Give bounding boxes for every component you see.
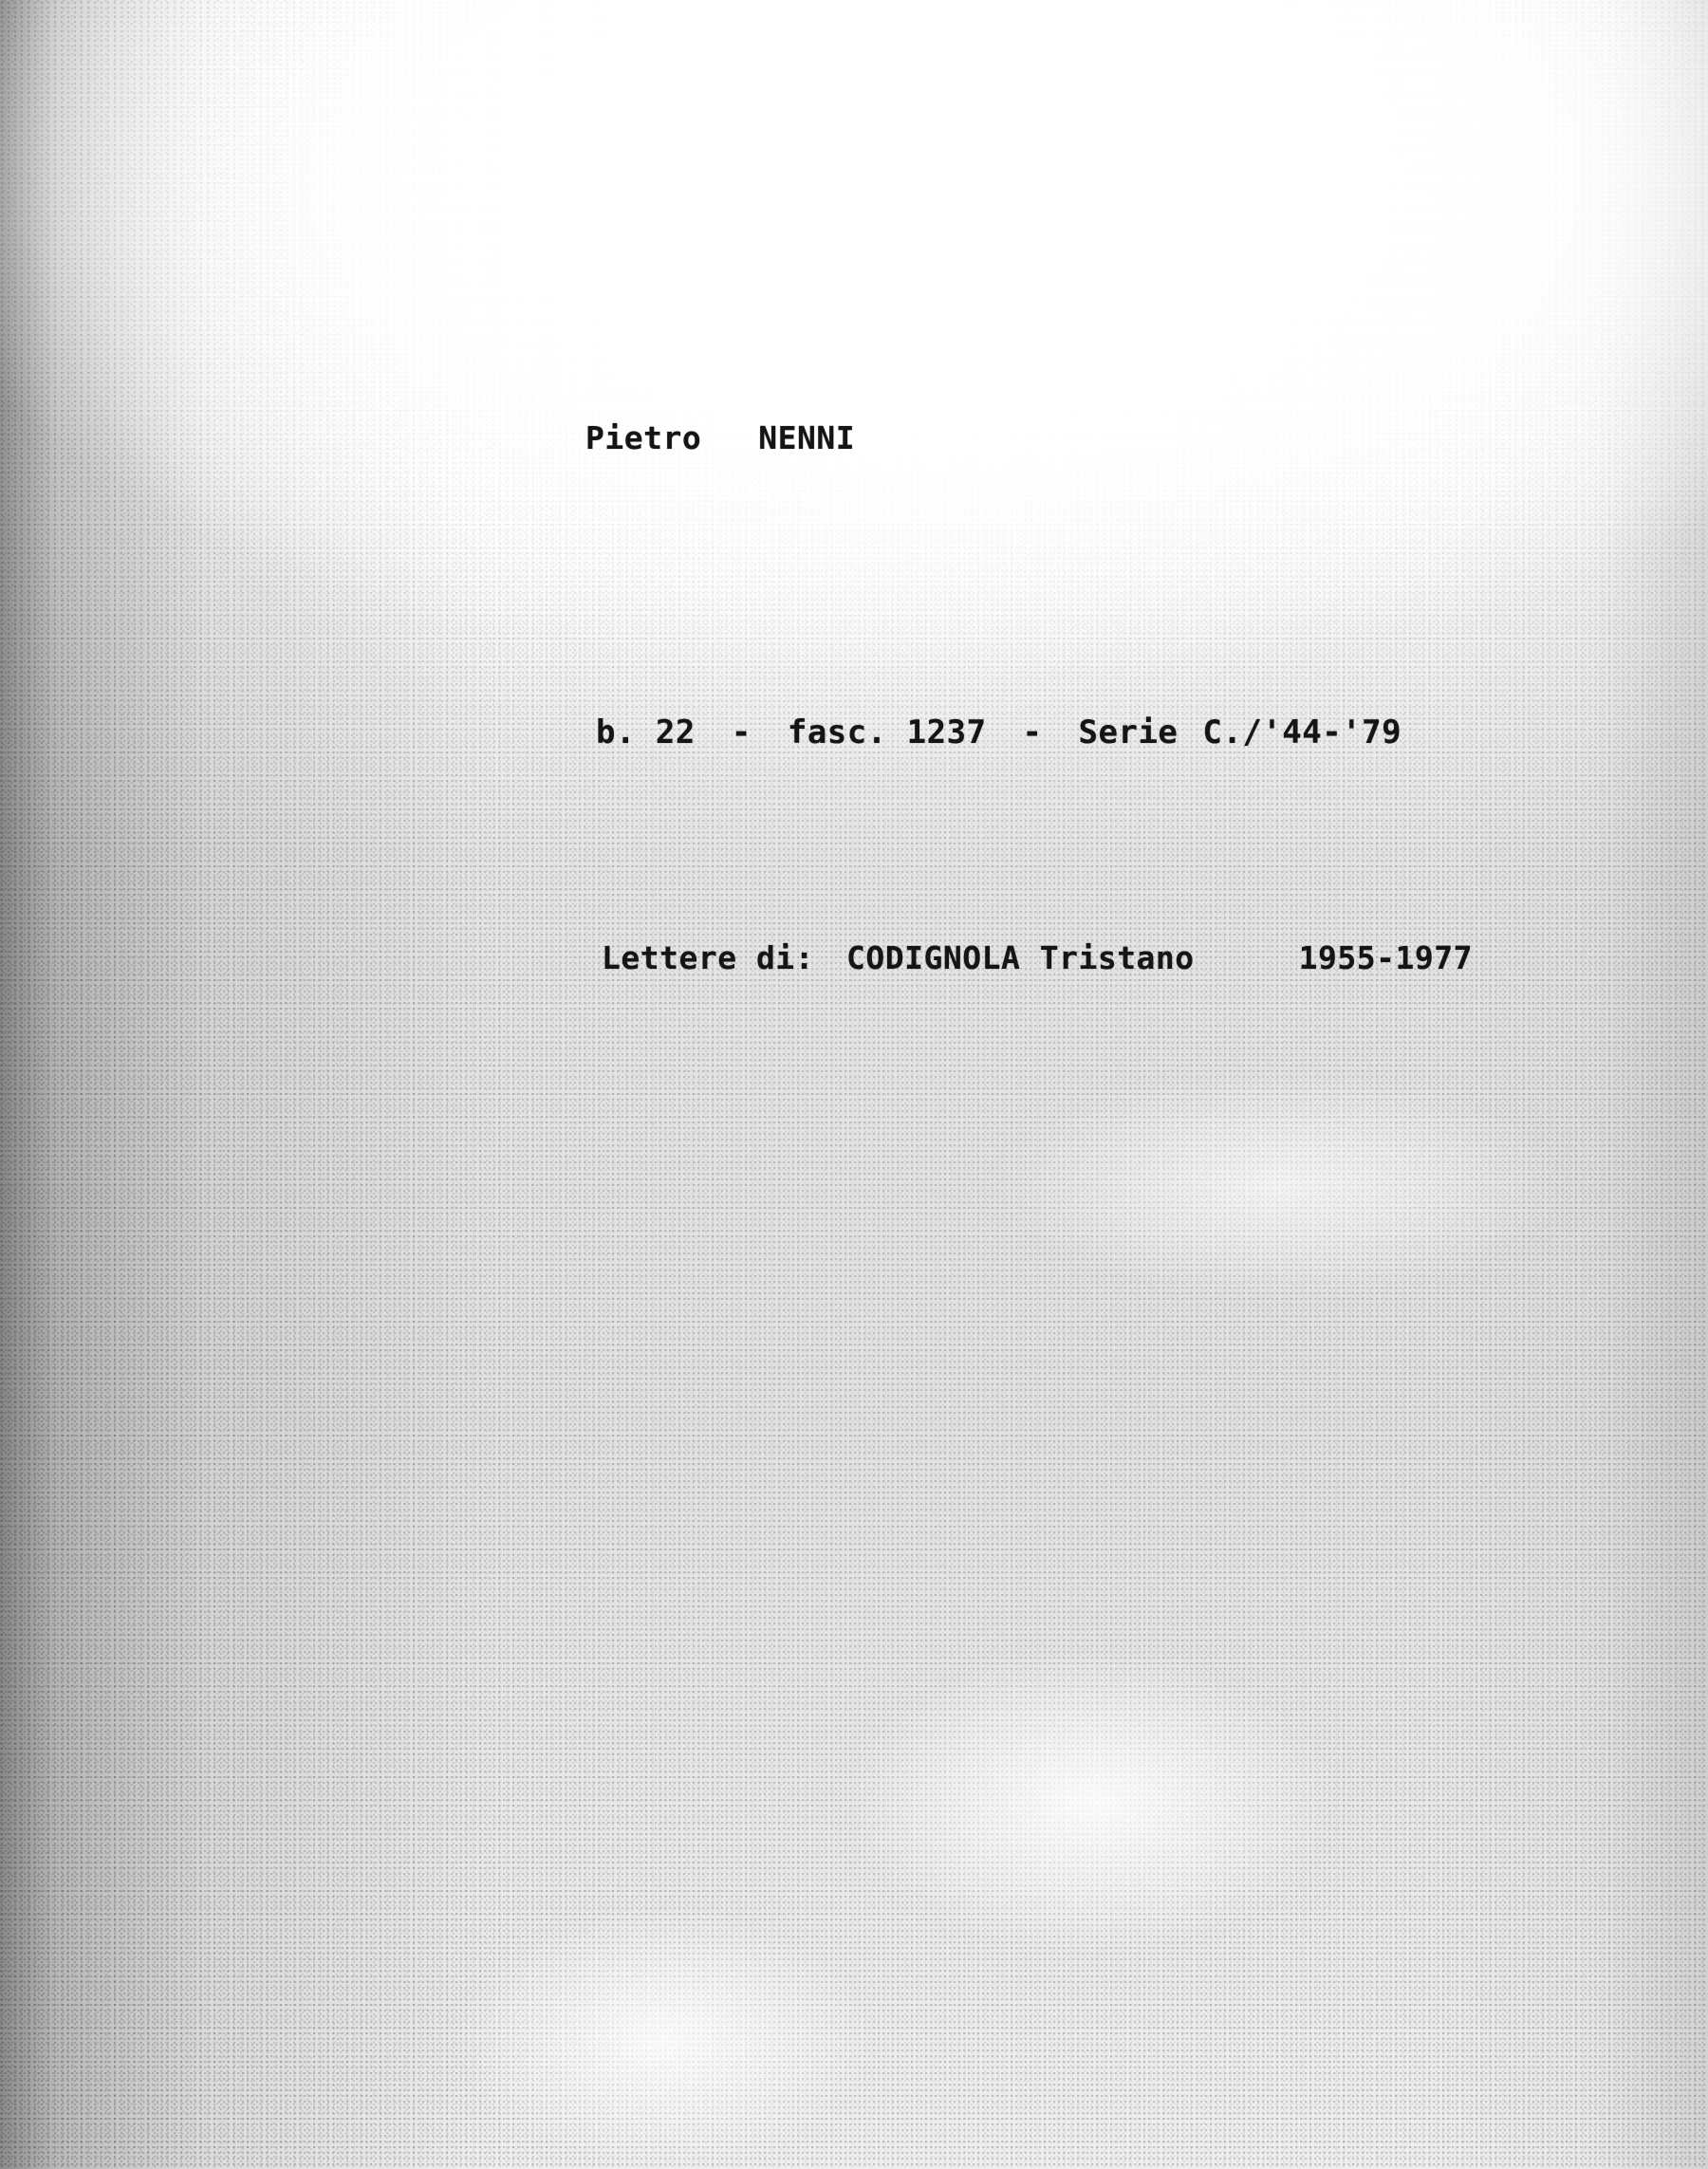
date-range: 1955-1977 [1299, 939, 1473, 976]
separator: - [1023, 714, 1043, 751]
scan-clear-top-area [0, 0, 1708, 2169]
serie-label: Serie [1079, 714, 1179, 751]
first-name: Pietro [585, 419, 701, 456]
separator: - [732, 714, 752, 751]
serie-value: C./'44-'79 [1202, 714, 1402, 751]
scan-light-patches [0, 0, 1708, 2169]
archival-reference-line: b. 22-fasc. 1237-SerieC./'44-'79 [596, 714, 1402, 751]
scan-speckle-noise-fine [0, 0, 1708, 2169]
scanned-document-page: PietroNENNI b. 22-fasc. 1237-SerieC./'44… [0, 0, 1708, 2169]
scan-speckle-noise [0, 0, 1708, 2169]
correspondent-name: CODIGNOLA Tristano [846, 939, 1195, 976]
fascicolo-number: fasc. 1237 [788, 714, 987, 751]
subject-line: Lettere di:CODIGNOLA Tristano1955-1977 [602, 939, 1473, 976]
scan-background-shading [0, 0, 1708, 2169]
surname: NENNI [758, 419, 855, 456]
letters-label: Lettere di: [602, 939, 814, 976]
person-name-line: PietroNENNI [585, 419, 855, 456]
busta-number: b. 22 [596, 714, 696, 751]
